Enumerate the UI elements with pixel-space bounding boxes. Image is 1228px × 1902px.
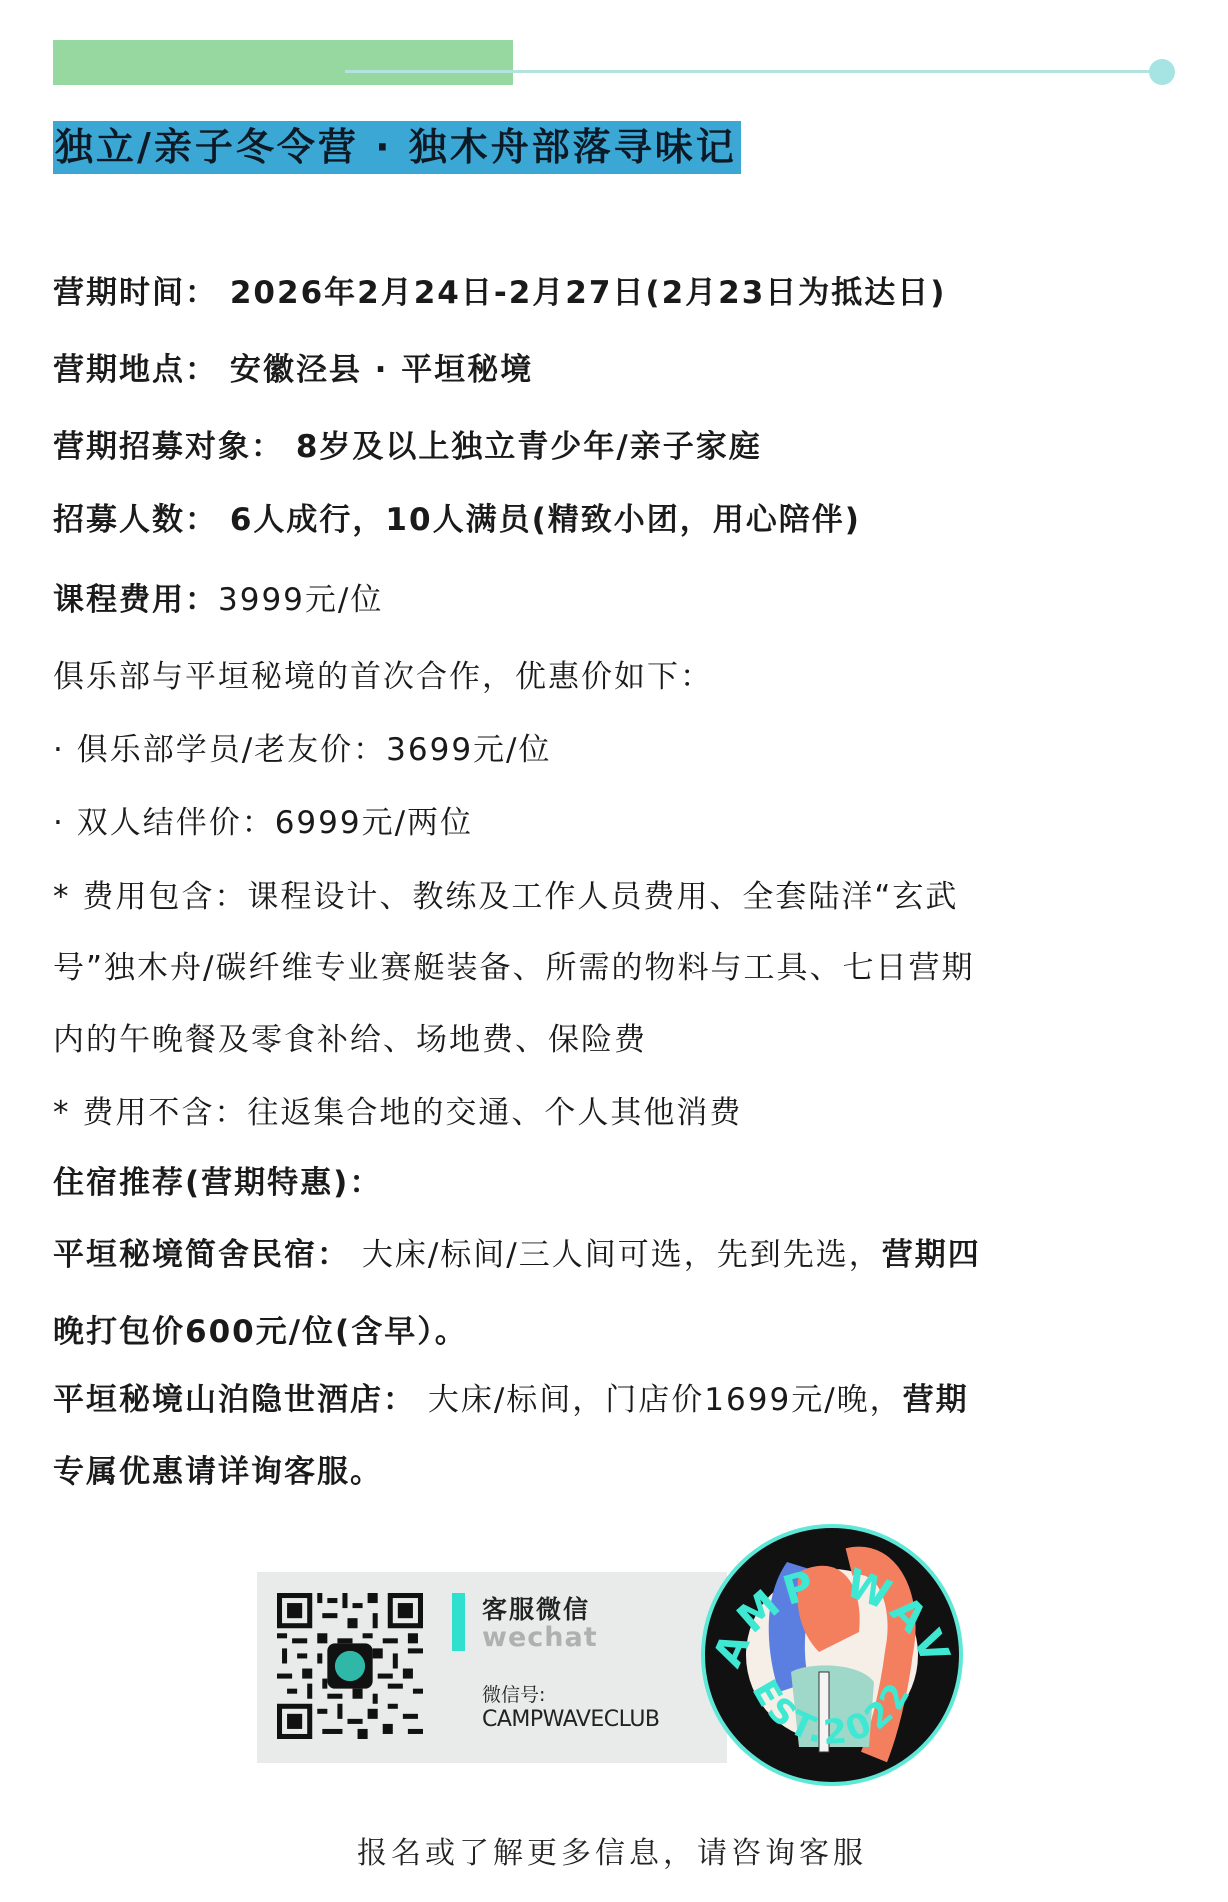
- info-time: 营期时间： 2026年2月24日-2月27日(2月23日为抵达日): [53, 273, 946, 313]
- contact-title: 客服微信: [482, 1590, 590, 1626]
- info-count: 招募人数： 6人成行，10人满员(精致小团，用心陪伴): [53, 500, 861, 540]
- decorative-line: [345, 70, 1150, 73]
- fee-included-line-2: 号”独木舟/碳纤维专业赛艇装备、所需的物料与工具、七日营期: [53, 948, 975, 988]
- target-label: 营期招募对象：: [53, 429, 284, 465]
- wechat-id-label: 微信号:: [482, 1680, 545, 1707]
- discount-intro: 俱乐部与平垣秘境的首次合作，优惠价如下：: [53, 657, 713, 697]
- place-value: 安徽泾县 · 平垣秘境: [230, 352, 533, 388]
- decorative-dot-icon: [1149, 59, 1175, 85]
- contact-subtitle: wechat: [482, 1622, 598, 1653]
- lodging-option-2-label: 平垣秘境山泊隐世酒店：: [53, 1382, 416, 1418]
- wechat-id-value: CAMPWAVECLUB: [482, 1707, 660, 1732]
- lodging-option-1: 平垣秘境简舍民宿： 大床/标间/三人间可选，先到先选，营期四: [53, 1235, 981, 1275]
- lodging-option-1-offer-a: 营期四: [882, 1237, 981, 1273]
- lodging-heading: 住宿推荐(营期特惠)：: [53, 1163, 382, 1203]
- lodging-option-2-text: 大床/标间，门店价1699元/晚，: [428, 1382, 903, 1418]
- info-fee: 课程费用：3999元/位: [53, 580, 383, 620]
- lodging-option-1-text: 大床/标间/三人间可选，先到先选，: [362, 1237, 882, 1273]
- lodging-option-1-offer-b: 晚打包价600元/位(含早）。: [53, 1312, 468, 1352]
- lodging-option-2: 平垣秘境山泊隐世酒店： 大床/标间，门店价1699元/晚，营期: [53, 1380, 969, 1420]
- info-place: 营期地点： 安徽泾县 · 平垣秘境: [53, 350, 533, 390]
- time-label: 营期时间：: [53, 275, 218, 311]
- count-value: 6人成行，10人满员(精致小团，用心陪伴): [230, 502, 861, 538]
- lodging-option-2-offer-a: 营期: [903, 1382, 969, 1418]
- accent-bar: [452, 1593, 465, 1651]
- footer-note: 报名或了解更多信息，请咨询客服: [357, 1828, 867, 1872]
- discount-item-member: · 俱乐部学员/老友价：3699元/位: [53, 730, 552, 770]
- page-title: 独立/亲子冬令营 · 独木舟部落寻味记: [53, 121, 741, 174]
- lodging-option-1-label: 平垣秘境简舍民宿：: [53, 1237, 350, 1273]
- fee-excluded: * 费用不含：往返集合地的交通、个人其他消费: [53, 1093, 742, 1133]
- lodging-option-2-offer-b: 专属优惠请详询客服。: [53, 1452, 383, 1492]
- discount-item-pair: · 双人结伴价：6999元/两位: [53, 803, 473, 843]
- fee-included-line-3: 内的午晚餐及零食补给、场地费、保险费: [53, 1020, 647, 1060]
- count-label: 招募人数：: [53, 502, 218, 538]
- fee-included-line-1: * 费用包含：课程设计、教练及工作人员费用、全套陆洋“玄武: [53, 877, 958, 917]
- place-label: 营期地点：: [53, 352, 218, 388]
- time-value: 2026年2月24日-2月27日(2月23日为抵达日): [230, 275, 947, 311]
- fee-label: 课程费用：: [53, 582, 218, 618]
- info-target: 营期招募对象： 8岁及以上独立青少年/亲子家庭: [53, 427, 762, 467]
- campwave-logo-icon: CAMP WAVE EST.2022: [699, 1522, 965, 1788]
- wechat-qr-code-icon[interactable]: [277, 1593, 423, 1739]
- green-accent-bar: [53, 40, 513, 85]
- fee-value: 3999元/位: [218, 582, 383, 618]
- target-value: 8岁及以上独立青少年/亲子家庭: [296, 429, 762, 465]
